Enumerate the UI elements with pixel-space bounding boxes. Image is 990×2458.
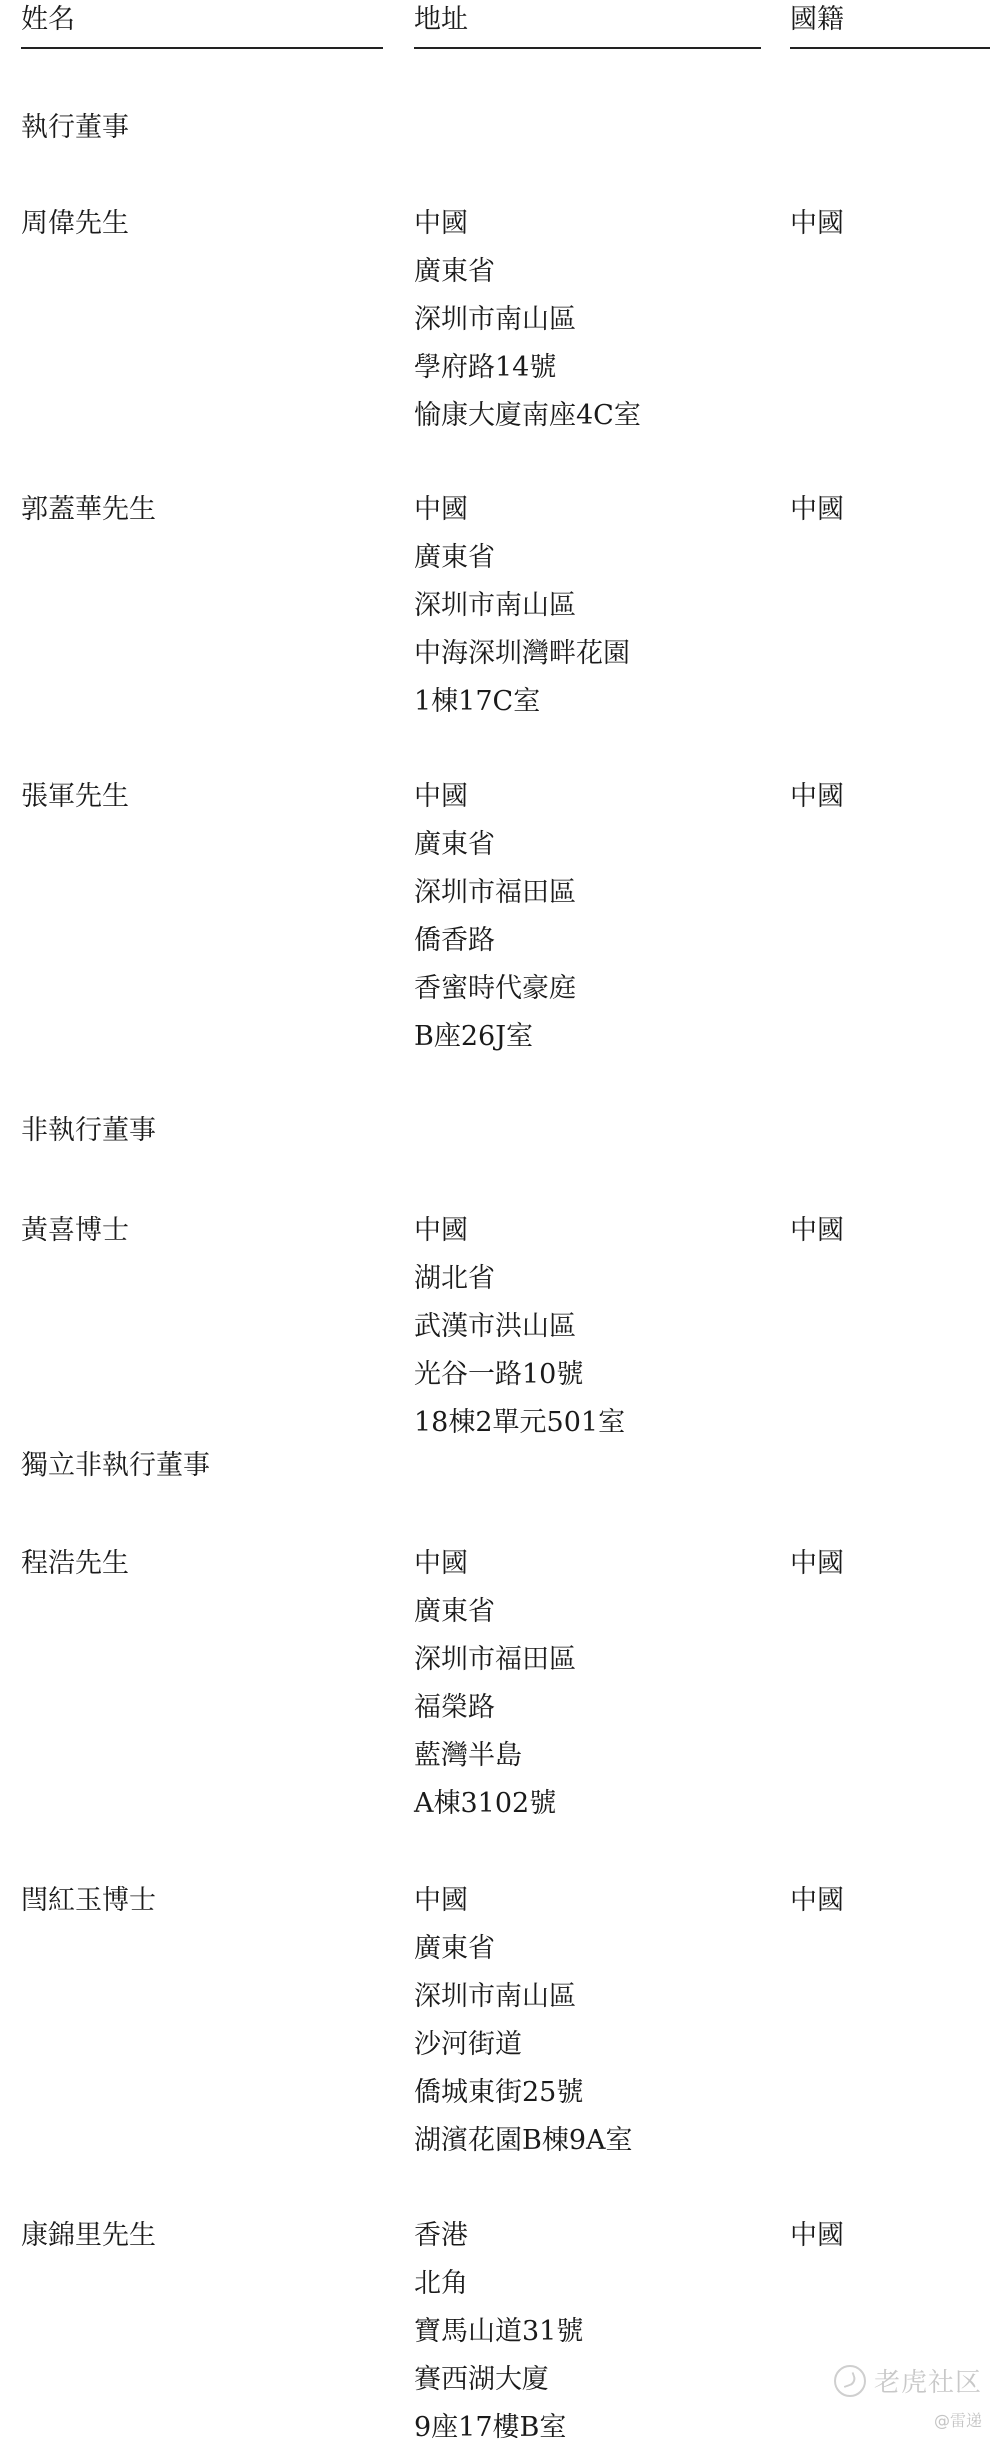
- address-line: 湖北省: [414, 1255, 625, 1303]
- address-line: 藍灣半島: [414, 1732, 576, 1780]
- address-line: 9座17樓B室: [414, 2404, 583, 2452]
- address-line: 深圳市福田區: [414, 869, 576, 917]
- address-line: 武漢市洪山區: [414, 1303, 625, 1351]
- address-line: 廣東省: [414, 1925, 633, 1973]
- watermark-logo-row: 老虎社区: [834, 2362, 982, 2399]
- address-line: 僑香路: [414, 917, 576, 965]
- director-address: 中國 廣東省 深圳市南山區 學府路14號 愉康大廈南座4C室: [414, 200, 641, 440]
- address-line: 深圳市福田區: [414, 1636, 576, 1684]
- address-line: B座26J室: [414, 1013, 576, 1061]
- director-nationality: 中國: [790, 779, 844, 815]
- address-line: 中國: [414, 1877, 633, 1925]
- section-title-executive-directors: 執行董事: [21, 110, 129, 146]
- watermark-author: @雷递: [934, 2408, 982, 2431]
- address-line: 賽西湖大廈: [414, 2356, 583, 2404]
- address-line: 福榮路: [414, 1684, 576, 1732]
- column-header-nationality: 國籍: [790, 0, 990, 49]
- director-nationality: 中國: [790, 492, 844, 528]
- watermark: 老虎社区 @雷递: [832, 2362, 982, 2442]
- director-name: 程浩先生: [21, 1546, 129, 1582]
- address-line: 中國: [414, 200, 641, 248]
- director-name: 周偉先生: [21, 206, 129, 242]
- director-nationality: 中國: [790, 206, 844, 242]
- address-line: 北角: [414, 2260, 583, 2308]
- address-line: 18棟2單元501室: [414, 1399, 625, 1447]
- director-address: 香港 北角 寶馬山道31號 賽西湖大廈 9座17樓B室: [414, 2212, 583, 2452]
- address-line: 僑城東街25號: [414, 2069, 633, 2117]
- director-address: 中國 廣東省 深圳市福田區 福榮路 藍灣半島 A棟3102號: [414, 1540, 576, 1828]
- address-line: 香港: [414, 2212, 583, 2260]
- column-header-address: 地址: [414, 0, 761, 49]
- section-title-independent-non-executive-directors: 獨立非執行董事: [21, 1448, 210, 1484]
- column-header-name: 姓名: [21, 0, 383, 49]
- address-line: A棟3102號: [414, 1780, 576, 1828]
- director-name: 黃喜博士: [21, 1213, 129, 1249]
- director-nationality: 中國: [790, 1883, 844, 1919]
- director-name: 康錦里先生: [21, 2218, 156, 2254]
- director-name: 張軍先生: [21, 779, 129, 815]
- address-line: 中國: [414, 1207, 625, 1255]
- director-nationality: 中國: [790, 1546, 844, 1582]
- address-line: 廣東省: [414, 534, 630, 582]
- address-line: 寶馬山道31號: [414, 2308, 583, 2356]
- table-header: 姓名 地址 國籍: [0, 0, 990, 50]
- address-line: 光谷一路10號: [414, 1351, 625, 1399]
- address-line: 廣東省: [414, 821, 576, 869]
- director-address: 中國 湖北省 武漢市洪山區 光谷一路10號 18棟2單元501室: [414, 1207, 625, 1447]
- director-name: 閆紅玉博士: [21, 1883, 156, 1919]
- address-line: 深圳市南山區: [414, 1973, 633, 2021]
- address-line: 學府路14號: [414, 344, 641, 392]
- director-nationality: 中國: [790, 1213, 844, 1249]
- director-name: 郭蓋華先生: [21, 492, 156, 528]
- director-address: 中國 廣東省 深圳市南山區 沙河街道 僑城東街25號 湖濱花園B棟9A室: [414, 1877, 633, 2165]
- address-line: 廣東省: [414, 1588, 576, 1636]
- address-line: 1棟17C室: [414, 678, 630, 726]
- tiger-logo-icon: [834, 2365, 866, 2397]
- section-title-non-executive-directors: 非執行董事: [21, 1113, 156, 1149]
- address-line: 深圳市南山區: [414, 296, 641, 344]
- address-line: 中國: [414, 773, 576, 821]
- address-line: 沙河街道: [414, 2021, 633, 2069]
- director-nationality: 中國: [790, 2218, 844, 2254]
- address-line: 湖濱花園B棟9A室: [414, 2117, 633, 2165]
- address-line: 愉康大廈南座4C室: [414, 392, 641, 440]
- address-line: 廣東省: [414, 248, 641, 296]
- director-address: 中國 廣東省 深圳市南山區 中海深圳灣畔花園 1棟17C室: [414, 486, 630, 726]
- director-address: 中國 廣東省 深圳市福田區 僑香路 香蜜時代豪庭 B座26J室: [414, 773, 576, 1061]
- address-line: 深圳市南山區: [414, 582, 630, 630]
- address-line: 中國: [414, 486, 630, 534]
- address-line: 中國: [414, 1540, 576, 1588]
- address-line: 香蜜時代豪庭: [414, 965, 576, 1013]
- address-line: 中海深圳灣畔花園: [414, 630, 630, 678]
- watermark-brand: 老虎社区: [874, 2362, 982, 2399]
